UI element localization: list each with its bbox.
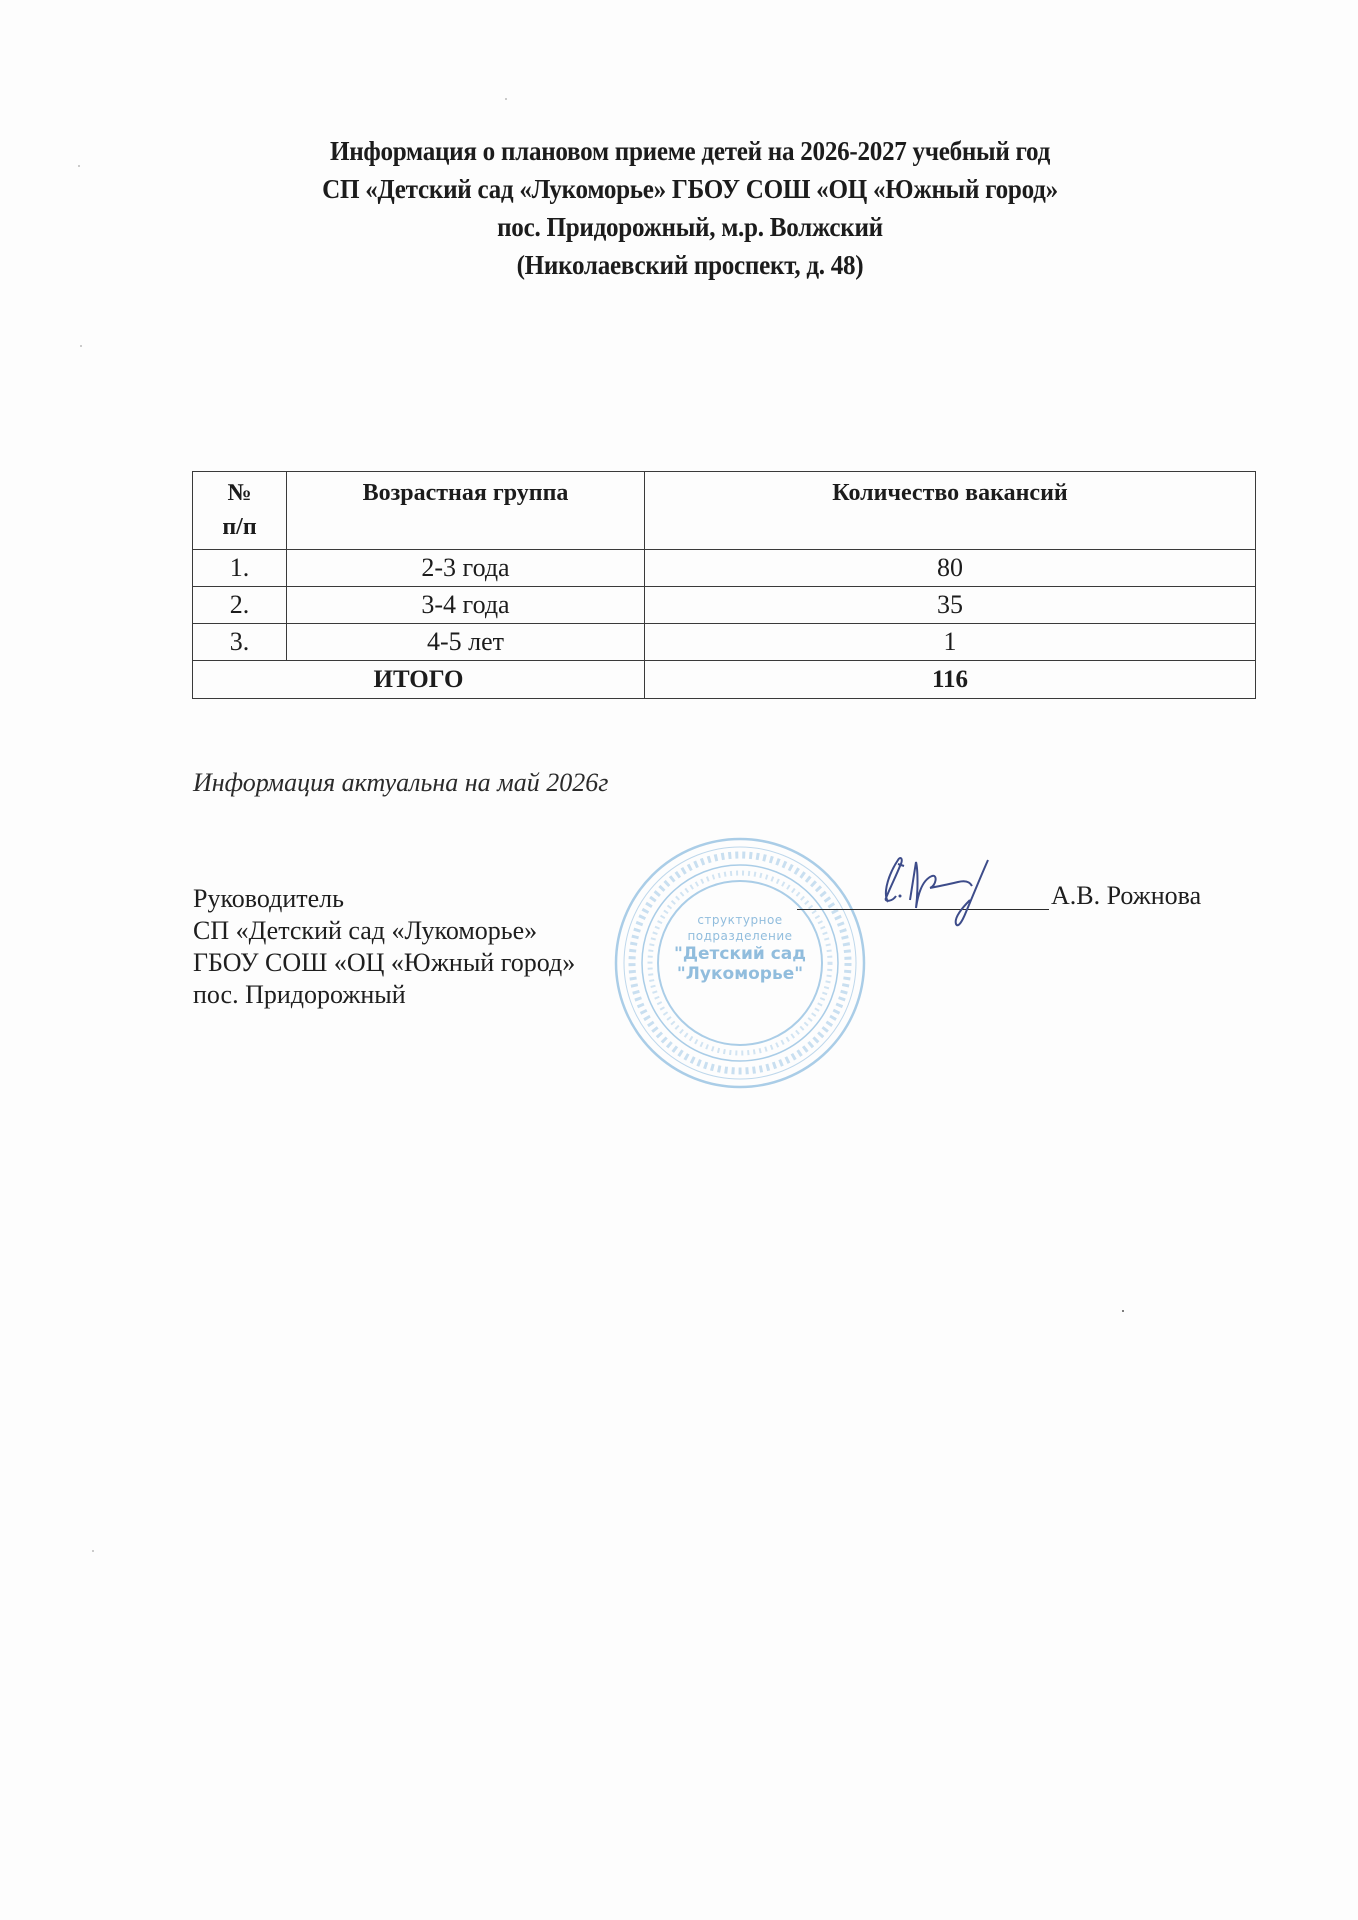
row-num: 1.: [193, 550, 287, 587]
scan-speck: [80, 345, 82, 347]
row-num: 3.: [193, 624, 287, 661]
row-num: 2.: [193, 587, 287, 624]
document-title: Информация о плановом приеме детей на 20…: [216, 132, 1165, 284]
actuality-note: Информация актуальна на май 2026г: [193, 768, 608, 798]
signer-name: А.В. Рожнова: [1051, 881, 1201, 911]
stamp-text: структурное подразделение "Детский сад "…: [612, 912, 868, 984]
title-line: Информация о плановом приеме детей на 20…: [216, 132, 1165, 170]
row-age-group: 2-3 года: [287, 550, 645, 587]
scan-speck: [78, 165, 80, 167]
title-line: СП «Детский сад «Лукоморье» ГБОУ СОШ «ОЦ…: [216, 170, 1165, 208]
table-row: 1. 2-3 года 80: [193, 550, 1256, 587]
signer-position: Руководитель СП «Детский сад «Лукоморье»…: [193, 883, 575, 1011]
header-num: № п/п: [193, 472, 287, 550]
scan-speck: [505, 98, 507, 100]
title-line: (Николаевский проспект, д. 48): [216, 246, 1165, 284]
title-line: пос. Придорожный, м.р. Волжский: [216, 208, 1165, 246]
handwritten-signature-icon: [860, 852, 1010, 932]
row-vacancy-count: 80: [645, 550, 1256, 587]
table-row: 2. 3-4 года 35: [193, 587, 1256, 624]
total-label: ИТОГО: [193, 661, 645, 699]
total-count: 116: [645, 661, 1256, 699]
scan-speck: [1122, 1310, 1124, 1312]
table-total-row: ИТОГО 116: [193, 661, 1256, 699]
table-row: 3. 4-5 лет 1: [193, 624, 1256, 661]
row-vacancy-count: 1: [645, 624, 1256, 661]
header-vacancy-count: Количество вакансий: [645, 472, 1256, 550]
table-header-row: № п/п Возрастная группа Количество вакан…: [193, 472, 1256, 550]
row-age-group: 4-5 лет: [287, 624, 645, 661]
row-age-group: 3-4 года: [287, 587, 645, 624]
vacancy-table: № п/п Возрастная группа Количество вакан…: [192, 471, 1256, 699]
row-vacancy-count: 35: [645, 587, 1256, 624]
header-age-group: Возрастная группа: [287, 472, 645, 550]
scan-speck: [92, 1550, 94, 1552]
document-page: Информация о плановом приеме детей на 20…: [0, 0, 1358, 1920]
